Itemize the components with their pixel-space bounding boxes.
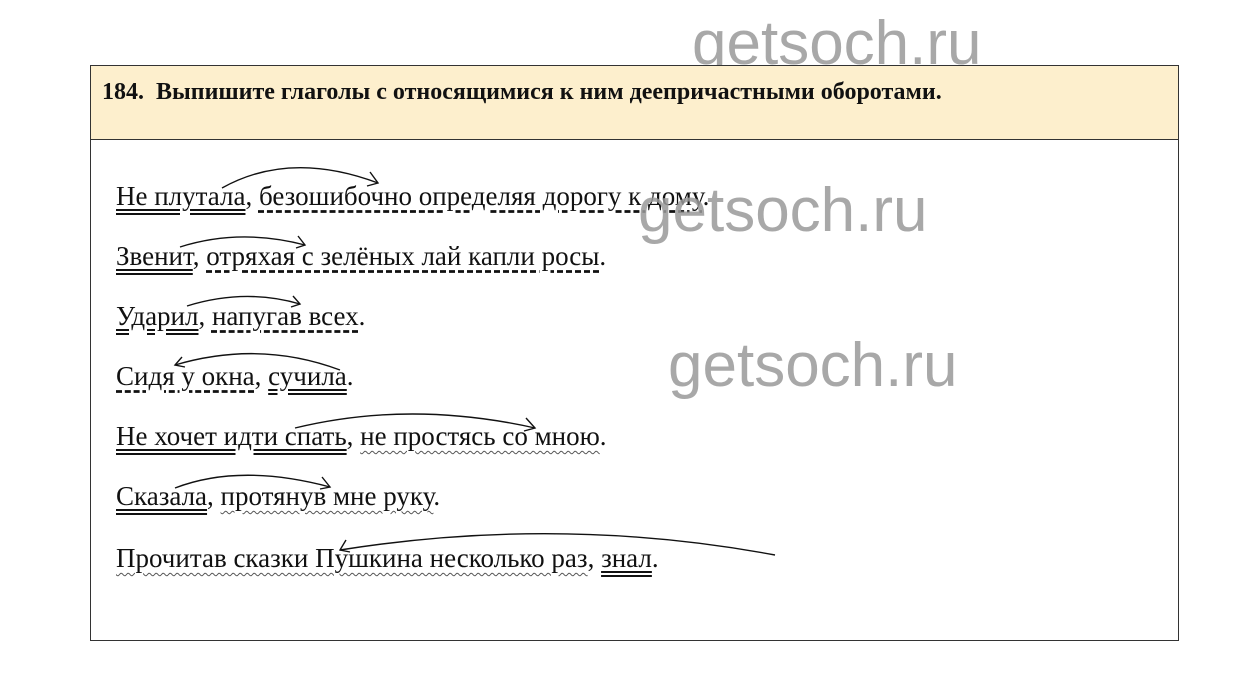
exercise-card: 184. Выпишите глаголы с относящимися к н…: [90, 65, 1179, 641]
verb: Звенит: [116, 241, 193, 271]
sentence-2: Звенит, отряхая с зелёных лай капли росы…: [116, 241, 606, 272]
participle-phrase: Прочитав сказки Пушкина несколько раз: [116, 543, 588, 573]
participle-phrase: Сидя у окна: [116, 361, 255, 391]
participle-phrase: протянув мне руку: [221, 481, 434, 511]
sentence-4: Сидя у окна, сучила.: [116, 361, 354, 392]
verb: знал: [601, 543, 652, 573]
sentence-5: Не хочет идти спать, не простясь со мною…: [116, 421, 607, 452]
verb: Сказала: [116, 481, 207, 511]
watermark-lower: getsoch.ru: [668, 330, 958, 401]
verb: Не хочет идти спать: [116, 421, 347, 451]
participle-phrase: безошибочно определяя дорогу к дому: [259, 181, 703, 211]
participle-phrase: отряхая с зелёных лай капли росы: [206, 241, 599, 271]
watermark-middle: getsoch.ru: [638, 175, 928, 246]
participle-phrase: не простясь со мною: [360, 421, 600, 451]
sentence-1: Не плутала, безошибочно определяя дорогу…: [116, 181, 709, 212]
sentence-6: Сказала, протянув мне руку.: [116, 481, 440, 512]
exercise-title: 184. Выпишите глаголы с относящимися к н…: [102, 79, 942, 106]
verb: Ударил: [116, 301, 198, 331]
exercise-header: 184. Выпишите глаголы с относящимися к н…: [91, 66, 1178, 140]
verb: сучила: [268, 361, 347, 391]
sentence-3: Ударил, напугав всех.: [116, 301, 365, 332]
participle-phrase: напугав всех: [212, 301, 359, 331]
verb: Не плутала: [116, 181, 245, 211]
sentence-7: Прочитав сказки Пушкина несколько раз, з…: [116, 543, 659, 574]
